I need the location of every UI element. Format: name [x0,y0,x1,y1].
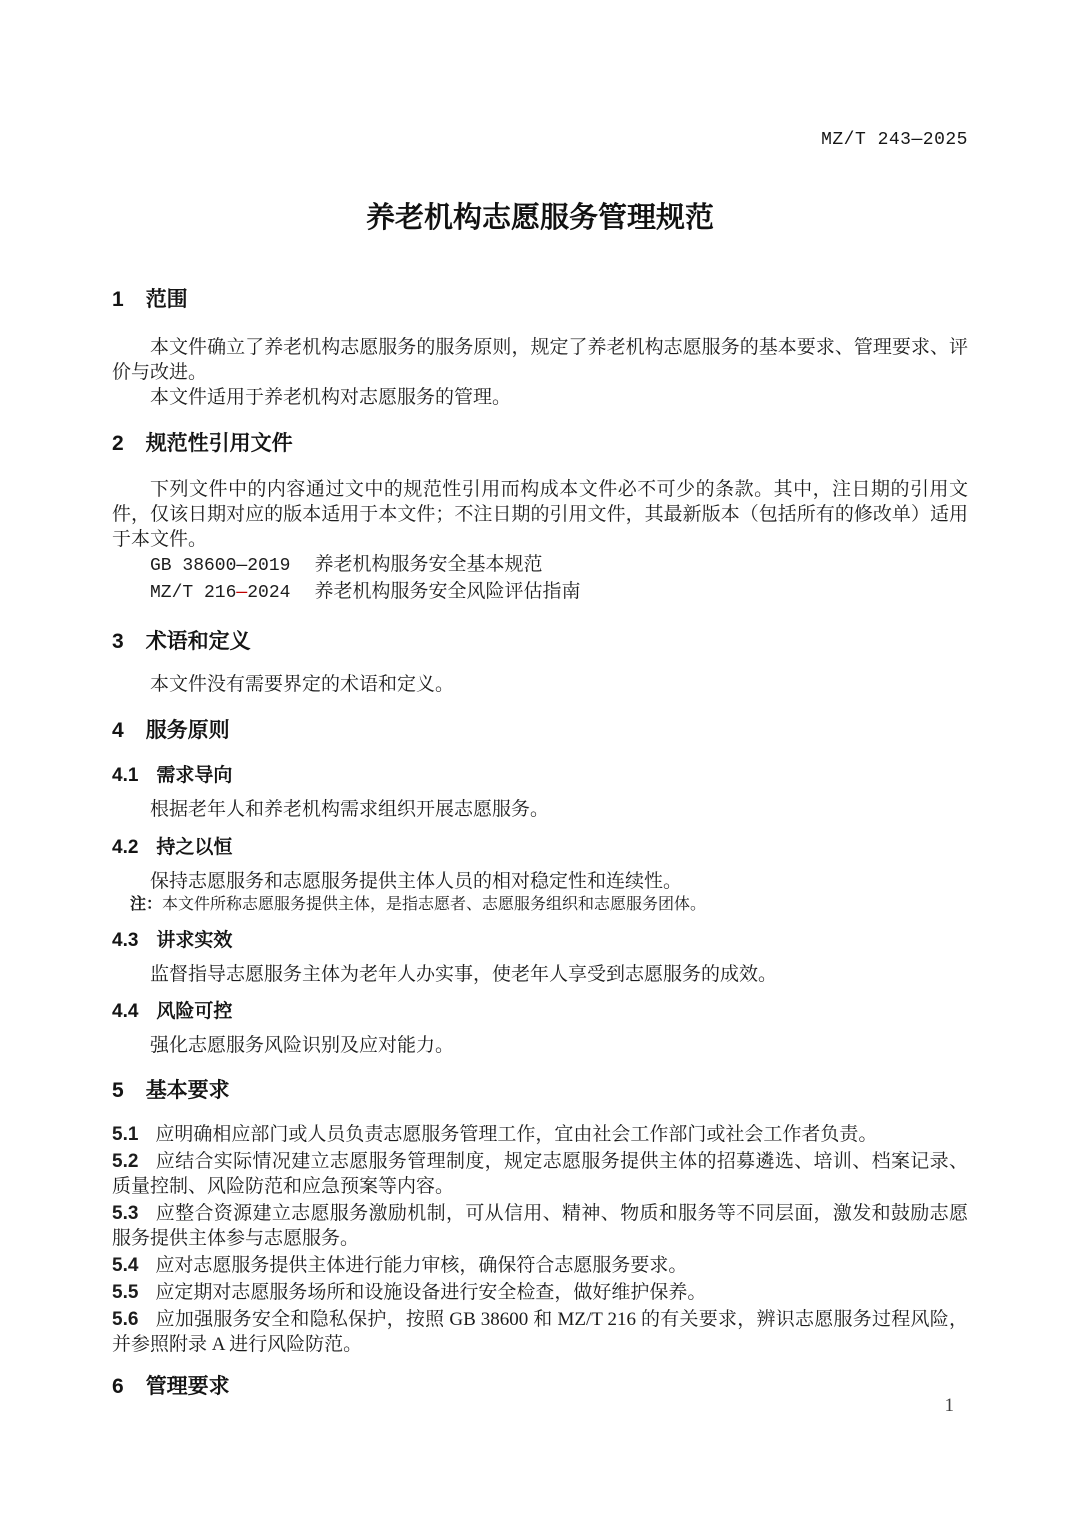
subsection-title: 需求导向 [156,765,232,786]
clause-text: 应对志愿服务提供主体进行能力审核，确保符合志愿服务要求。 [155,1255,687,1276]
note-paragraph: 注：本文件所称志愿服务提供主体，是指志愿者、志愿服务组织和志愿服务团体。 [112,894,968,916]
reference-name: 养老机构服务安全基本规范 [314,554,542,575]
section-4-2-heading: 4.2持之以恒 [112,836,968,860]
section-4-1-heading: 4.1需求导向 [112,764,968,788]
clause-5-4: 5.4应对志愿服务提供主体进行能力审核，确保符合志愿服务要求。 [112,1253,968,1278]
subsection-number: 4.3 [112,929,138,953]
principle-paragraph: 根据老年人和养老机构需求组织开展志愿服务。 [112,797,968,822]
note-text: 本文件所称志愿服务提供主体，是指志愿者、志愿服务组织和志愿服务团体。 [162,896,706,913]
reference-name: 养老机构服务安全风险评估指南 [314,581,580,602]
section-4-3-heading: 4.3讲求实效 [112,929,968,953]
clause-5-2: 5.2应结合实际情况建立志愿服务管理制度，规定志愿服务提供主体的招募遴选、培训、… [112,1149,968,1199]
subsection-number: 4.1 [112,764,138,788]
subsection-title: 持之以恒 [156,837,232,858]
clause-text: 应定期对志愿服务场所和设施设备进行安全检查，做好维护保养。 [155,1282,706,1303]
section-3-heading: 3术语和定义 [112,630,968,654]
section-4-heading: 4服务原则 [112,719,968,743]
clause-text: 应加强服务安全和隐私保护，按照 GB 38600 和 MZ/T 216 的有关要… [112,1309,968,1355]
section-number: 1 [112,288,124,312]
reference-code-prefix: MZ/T 216 [150,583,236,603]
section-title: 管理要求 [146,1375,230,1398]
reference-code: GB 38600—2019 [150,556,290,576]
reference-gb38600: GB 38600—2019养老机构服务安全基本规范 [112,552,968,579]
principle-paragraph: 监督指导志愿服务主体为老年人办实事，使老年人享受到志愿服务的成效。 [112,962,968,987]
reference-code-suffix: 2024 [247,583,290,603]
principle-paragraph: 强化志愿服务风险识别及应对能力。 [112,1033,968,1058]
section-6-heading: 6管理要求 [112,1375,968,1399]
document-title: 养老机构志愿服务管理规范 [112,198,968,238]
clause-number: 5.4 [112,1255,138,1276]
section-2-heading: 2规范性引用文件 [112,432,968,456]
subsection-number: 4.4 [112,1000,138,1024]
clause-5-1: 5.1应明确相应部门或人员负责志愿服务管理工作，宜由社会工作部门或社会工作者负责… [112,1122,968,1147]
section-title: 基本要求 [146,1079,230,1102]
normative-references-paragraph: 下列文件中的内容通过文中的规范性引用而构成本文件必不可少的条款。其中，注日期的引… [112,477,968,552]
clause-5-3: 5.3应整合资源建立志愿服务激励机制，可从信用、精神、物质和服务等不同层面，激发… [112,1201,968,1251]
clause-5-5: 5.5应定期对志愿服务场所和设施设备进行安全检查，做好维护保养。 [112,1280,968,1305]
clause-number: 5.1 [112,1124,138,1145]
clause-number: 5.2 [112,1151,138,1172]
subsection-number: 4.2 [112,836,138,860]
terms-paragraph: 本文件没有需要界定的术语和定义。 [112,672,968,697]
reference-dash-red: — [236,583,247,603]
section-title: 范围 [146,288,188,311]
scope-paragraph-1: 本文件确立了养老机构志愿服务的服务原则，规定了养老机构志愿服务的基本要求、管理要… [112,335,968,385]
clause-5-6: 5.6应加强服务安全和隐私保护，按照 GB 38600 和 MZ/T 216 的… [112,1307,968,1357]
section-1-heading: 1范围 [112,288,968,312]
section-number: 4 [112,719,124,743]
section-5-heading: 5基本要求 [112,1079,968,1103]
clause-text: 应整合资源建立志愿服务激励机制，可从信用、精神、物质和服务等不同层面，激发和鼓励… [112,1203,968,1249]
clause-text: 应明确相应部门或人员负责志愿服务管理工作，宜由社会工作部门或社会工作者负责。 [155,1124,877,1145]
section-title: 服务原则 [146,719,230,742]
section-title: 术语和定义 [146,630,251,653]
subsection-title: 讲求实效 [156,930,232,951]
principle-paragraph: 保持志愿服务和志愿服务提供主体人员的相对稳定性和连续性。 [112,869,968,894]
section-number: 6 [112,1375,124,1399]
clause-number: 5.5 [112,1282,138,1303]
document-page: MZ/T 243—2025 养老机构志愿服务管理规范 1范围 本文件确立了养老机… [0,0,1074,1520]
clause-text: 应结合实际情况建立志愿服务管理制度，规定志愿服务提供主体的招募遴选、培训、档案记… [112,1151,968,1197]
reference-mzt216: MZ/T 216—2024养老机构服务安全风险评估指南 [112,579,968,606]
section-4-4-heading: 4.4风险可控 [112,1000,968,1024]
section-title: 规范性引用文件 [146,432,293,455]
reference-code: MZ/T 216—2024 [150,583,290,603]
scope-paragraph-2: 本文件适用于养老机构对志愿服务的管理。 [112,385,968,410]
clause-number: 5.6 [112,1309,138,1330]
section-number: 2 [112,432,124,456]
note-label: 注： [130,896,162,913]
standard-code: MZ/T 243—2025 [821,130,968,150]
subsection-title: 风险可控 [156,1001,232,1022]
section-number: 3 [112,630,124,654]
page-number: 1 [945,1396,955,1416]
section-number: 5 [112,1079,124,1103]
clause-number: 5.3 [112,1203,138,1224]
